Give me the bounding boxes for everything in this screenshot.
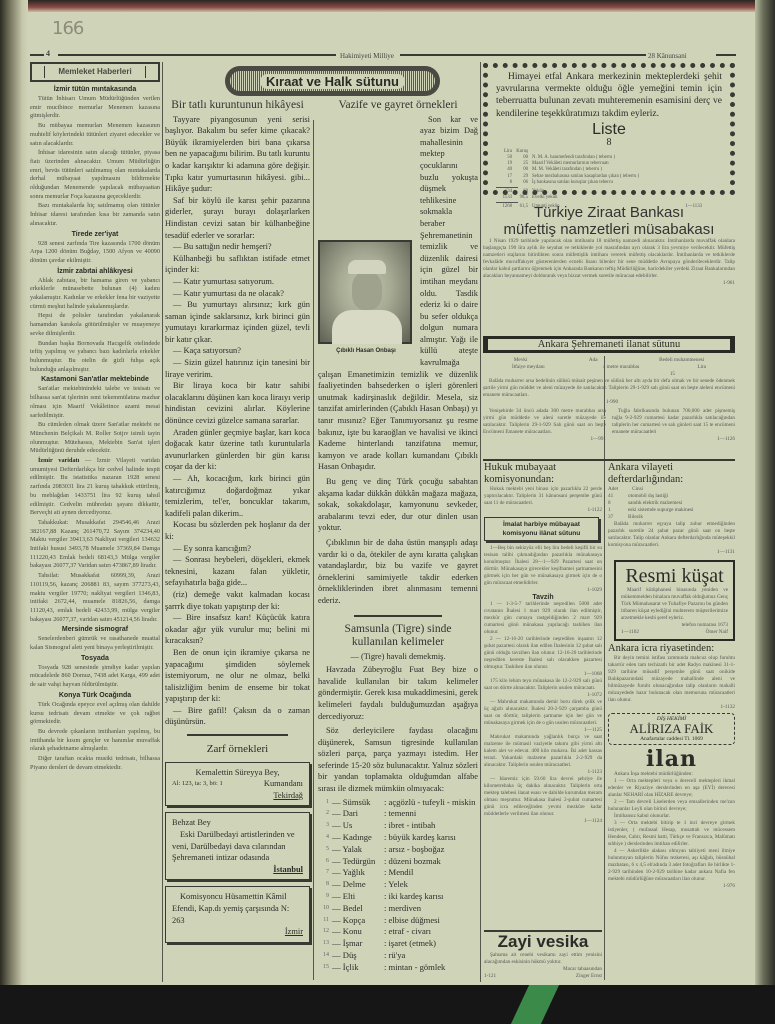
word-entry: 6— Tedürgün: düzeni bozmak — [318, 856, 478, 868]
defterdarlik-row: 41otomobil dış lastiği — [608, 493, 735, 500]
kiraat-banner: Kıraat ve Halk sütunu — [225, 66, 440, 96]
envelope-city: Tekirdağ — [273, 791, 303, 800]
column-rule — [480, 62, 481, 982]
ad-text: — Mahrukat makamında demir boru direk çe… — [484, 699, 602, 727]
word-meaning: : açgözlü - tufeyli - miskin — [384, 797, 478, 809]
envelope-city: İstanbul — [273, 865, 303, 874]
word-term: — Delme — [332, 879, 384, 891]
header-rule — [400, 54, 646, 56]
ad-ref: 1-1072 — [484, 692, 602, 699]
news-text: Bazı mıntakalarda hiç satılmamış olan tü… — [30, 202, 160, 228]
imalat-header: İmalat harbiye mübayaat komisyonu ilânat… — [484, 517, 599, 541]
word-term: — Tedürgün — [332, 856, 384, 868]
vazife-paragraph: Çıbıklının bir de daha üstün manşıplı ad… — [318, 537, 478, 607]
ad-ref: 1—1131 — [608, 549, 735, 556]
story-paragraph: (riz) demeğe vakıt kalmadan kocası şarrr… — [165, 589, 310, 612]
word-meaning: : merdiven — [384, 903, 478, 915]
story-paragraph: — Sizin güzel hatırınız için tanesini bi… — [165, 357, 310, 380]
story-paragraph: — Bu yumurtayı alırsınız; kırk gün saman… — [165, 299, 310, 345]
liste-title: Liste — [496, 122, 722, 138]
tavzih-title: Tavzih — [484, 594, 602, 601]
defterdarlik-row: 1eski sistemde supurge makinesi — [608, 507, 735, 514]
news-text: Bu devrede çıkanların imtihanları yapılm… — [30, 728, 160, 754]
word-number: 8 — [318, 879, 332, 891]
envelope-line: Kemalettin Süreyya Bey, — [172, 767, 303, 779]
word-term: — İşmar — [332, 938, 384, 950]
word-meaning: : etraf - civarı — [384, 926, 478, 938]
story-paragraph: Saf bir köylü ile karısı şehir pazarına … — [165, 195, 310, 241]
handwritten-page-number: 166 — [52, 18, 83, 39]
samsun-title: Samsunla (Tigre) sinde — [318, 623, 478, 636]
envelope-line: Behzat Bey — [172, 817, 303, 829]
resmi-title: Resmi küşat — [621, 565, 728, 587]
phone: telefon numarası 1673 — [621, 622, 728, 629]
word-entry: 3— Us: ibret - intibah — [318, 820, 478, 832]
col-header: Mevki — [514, 357, 528, 364]
ad-text: İmtihansız kabul olunurlar. — [608, 813, 735, 820]
word-list: 1— Sümsük: açgözlü - tufeyli - miskin2— … — [318, 797, 478, 974]
column-rule — [313, 120, 314, 980]
news-text: Senelerdenberi gümrük ve rasathanede mua… — [30, 635, 160, 652]
zayi-title: Zayi vesika — [484, 930, 602, 952]
story-paragraph: — Bire gafil! Çaksın da o zaman düşünürs… — [165, 705, 310, 728]
banner-title: Kıraat ve Halk sütunu — [260, 74, 405, 89]
word-term: — Kopça — [332, 915, 384, 927]
newspaper-page: 166 4 Hakimiyeti Milliye 28 Kânunsani Me… — [0, 0, 775, 1000]
vazife-paragraph: Bu genç ve dinç Türk çocuğu sabahtan akş… — [318, 476, 478, 534]
envelope-sample: Kemalettin Süreyya Bey, Al: 123, ta: 3, … — [165, 762, 310, 807]
col-header: Ada — [589, 357, 598, 364]
story-paragraph: — Sonrası heybeleri, döşekleri, ekmek te… — [165, 554, 310, 589]
news-text: Diğer taraftan ocakta musiki tedrisatı, … — [30, 755, 160, 772]
word-number: 7 — [318, 867, 332, 879]
word-meaning: : rü'ya — [384, 950, 478, 962]
ad-text: 1—Beş bin sekizyüz elli beş lira bedeli … — [484, 545, 602, 587]
memleket-haberleri-column: Memleket Haberleri İzmir tütün mıntakası… — [30, 62, 160, 774]
vazife-title: Vazife ve gayret örnekleri — [318, 100, 478, 112]
ad-text: Bir deyin temini istifası zımmında mahcu… — [608, 655, 735, 704]
envelope-line: Eski Darülbedayi artistlerinden ve veni,… — [172, 829, 303, 864]
quantity: 41 — [608, 493, 618, 500]
column-rule — [162, 62, 163, 982]
resmi-kusat-ad: Resmi küşat Maarif kütüphanesi binasında… — [614, 560, 735, 641]
word-entry: 12— Konu: etraf - civarı — [318, 926, 478, 938]
word-term: — Dari — [332, 808, 384, 820]
scanner-background — [0, 985, 775, 1024]
section-rule — [483, 459, 735, 461]
ad-text: Şahsıma ait cenebi vesikamı zayi ettim y… — [484, 952, 602, 966]
defterdarlik-title: Ankara vilayeti defterdarlığından: — [608, 462, 735, 486]
word-entry: 9— Elti: iki kardeş karısı — [318, 891, 478, 903]
left-ads-column: Hukuk mubayaat komisyonundan: Hukuk mekt… — [484, 462, 602, 825]
word-entry: 4— Kadınge: büyük kardeş karısı — [318, 832, 478, 844]
envelope-line: Kumandanı — [264, 778, 303, 790]
ad-ref: 1-976 — [608, 883, 735, 890]
adjacent-page-edge — [755, 0, 775, 1000]
news-text: Tosyada 928 senesinde şimdiye kadar yapı… — [30, 664, 160, 690]
word-meaning: : ibret - intibah — [384, 820, 478, 832]
word-entry: 13— İşmar: işaret (etmek) — [318, 938, 478, 950]
quantity: 37 — [608, 514, 618, 521]
header-rule — [716, 54, 736, 56]
word-meaning: : arsız - boşboğaz — [384, 844, 478, 856]
samsun-paragraph: Söz derleyicilere faydası olacağını düşü… — [318, 725, 478, 795]
divider — [354, 615, 442, 617]
himaye-etfal-box: Himayei etfal Ankara merkezinin mekteple… — [483, 63, 735, 195]
cell: 15 — [483, 371, 735, 378]
word-meaning: : elbise düğmesi — [384, 915, 478, 927]
masthead: Hakimiyeti Milliye — [340, 52, 394, 60]
news-headline: Kastamoni San'atlar mektebinde — [30, 375, 160, 384]
icra-title: Ankara icra riyasetinden: — [608, 643, 735, 655]
header-rule — [58, 54, 336, 56]
donation-table: LiraKuruş 5000N. M. A. hanımefendi taraf… — [496, 149, 722, 211]
news-text: Tahakkukat: Musakkafat 294546,46 Arazi 3… — [30, 519, 160, 571]
word-number: 11 — [318, 915, 332, 927]
word-term: — Us — [332, 820, 384, 832]
word-entry: 7— Yağlık: Mendil — [318, 867, 478, 879]
news-headline-inline: İzmir varidatı — [38, 457, 79, 464]
news-headline: Mersinde sismograf — [30, 625, 160, 634]
word-term: — Elti — [332, 891, 384, 903]
ad-ref — [702, 195, 722, 201]
word-number: 15 — [318, 962, 332, 974]
ad-text: — Idaremiz için 59.60 lira devrei şehriy… — [484, 776, 602, 818]
photo-caption: Çıbıklı Hasan Onbaşı — [318, 346, 414, 358]
ad-ref: 1—991 — [483, 436, 606, 443]
ad-text: 1 — 1-3-5-7 tarihlerinde neşredilen 5000… — [484, 601, 602, 636]
section-header: Memleket Haberleri — [30, 62, 160, 82]
ad-ref: 1-1123 — [484, 769, 602, 776]
word-term: — İçlik — [332, 962, 384, 974]
ad-text: Ankara İnşa mektebi müdürlüğünden: — [608, 771, 735, 778]
word-number: 10 — [318, 903, 332, 915]
news-text: Tahsilat: Musakkafat 60999,39, Arazi 110… — [30, 572, 160, 624]
envelope-sample: Behzat Bey Eski Darülbedayi artistlerind… — [165, 812, 310, 880]
news-text: 928 senesi zarfında Tire kazasında 1700 … — [30, 240, 160, 266]
donor: İş bankasına satılan kuruşlar çıkan tebe… — [532, 180, 702, 186]
donation-row: 806İş bankasına satılan kuruşlar çıkan t… — [496, 180, 722, 186]
photo: Çıbıklı Hasan Onbaşı — [318, 240, 414, 358]
dentist-ad: DİŞ HEKİMİ ALİRIZA FAİK Anafartalar cadd… — [608, 713, 735, 745]
sehremaneti-header: Ankara Şehremaneti ilanat sütunu — [483, 336, 735, 353]
ad-ref: 1-1132 — [608, 704, 735, 711]
samsun-subtitle: — (Tigre) havali demekmiş. — [318, 651, 478, 663]
ziraat-title: Türkiye Ziraat Bankası — [483, 204, 735, 221]
cell: Lira — [697, 364, 706, 371]
word-entry: 10— Bedel: merdiven — [318, 903, 478, 915]
word-number: 4 — [318, 832, 332, 844]
word-number: 5 — [318, 844, 332, 856]
vazife-column: Vazife ve gayret örnekleri Çıbıklı Hasan… — [318, 100, 478, 974]
news-headline: İzmir zabıtai ahlâkıyesi — [30, 267, 160, 276]
defterdarlik-table: 41otomobil dış lastiği8sandık elektrik m… — [608, 493, 735, 521]
ad-ref: 1-990 — [483, 399, 735, 406]
signer: Zinger Ernst — [576, 973, 602, 980]
himaye-intro: Himayei etfal Ankara merkezinin mekteple… — [496, 71, 722, 120]
portrait-photo — [318, 240, 412, 344]
ad-ref: 1-961 — [483, 280, 735, 287]
word-number: 6 — [318, 856, 332, 868]
word-meaning: : Yelek — [384, 879, 478, 891]
ad-text: 3 — Orta mektebi bitirip te 1 inci devre… — [608, 820, 735, 848]
story-paragraph: Tayyare piyangosunun yeni serisi başlıyo… — [165, 114, 310, 195]
word-term: — Kadınge — [332, 832, 384, 844]
word-entry: 11— Kopça: elbise düğmesi — [318, 915, 478, 927]
page-binding — [0, 0, 28, 1000]
news-headline: İzmir tütün mıntakasında — [30, 85, 160, 94]
sehremaneti-section: Mevki Ada Bedeli muhammenesi İtfaiye mey… — [483, 357, 735, 443]
ad-text: 1 — Orta mektepleri veya o dereceli mekt… — [608, 778, 735, 799]
ad-text: Balâda muharrer arsa bedelinin sülüsü mü… — [483, 378, 735, 399]
lira: 8 — [496, 180, 512, 186]
ad-ref — [702, 180, 722, 186]
hukuk-title: Hukuk mubayaat komisyonundan: — [484, 462, 602, 486]
item: sandık elektrik malzemesi — [628, 500, 682, 507]
story-paragraph: Külhanbeği bu saflıktan istifade etmet i… — [165, 253, 310, 276]
ad-text: 4 — Askerlikle alakası olmıyan tabiiyeti… — [608, 848, 735, 883]
word-number: 9 — [318, 891, 332, 903]
quantity: 1 — [608, 507, 618, 514]
ad-text: 2 — 12-16-20 tarihlerinde neşredilen inş… — [484, 636, 602, 671]
samsun-title: kullanılan kelimeler — [318, 636, 478, 649]
ad-text: Hukuk mektebi yeni binası için pazarlıkl… — [484, 486, 602, 507]
date: 28 Kânunsani — [648, 52, 687, 60]
ad-text: Mahrukat makamında yağlanlık burça ve sa… — [484, 734, 602, 769]
envelope-line: Al: 123, ta: 3, bö: 1 — [172, 778, 223, 790]
word-number: 1 — [318, 797, 332, 809]
story-title: Bir tatlı kuruntunun hikâyesi — [165, 100, 310, 112]
word-entry: 8— Delme: Yelek — [318, 879, 478, 891]
news-text: Bundan başka Bornovada Hacıgelik otelind… — [30, 340, 160, 375]
news-text: Tütün İnhisarı Umum Müdürlüğünden verile… — [30, 95, 160, 121]
news-text: Bu cümleden olmak üzere San'atlar mekteb… — [30, 421, 160, 456]
ziraat-bank-ad: Türkiye Ziraat Bankası müfettiş namzetle… — [483, 204, 735, 287]
ilan-title: ilan — [608, 747, 735, 771]
signer: Ömer Naif — [706, 629, 728, 636]
word-number: 14 — [318, 950, 332, 962]
story-paragraph: — Ey sonra karıcığım? — [165, 543, 310, 555]
page-top-edge — [0, 0, 775, 12]
header-rule — [30, 54, 44, 56]
word-term: — Yalak — [332, 844, 384, 856]
story-paragraph: Kocası bu sözlerden pek hoşlanır da der … — [165, 519, 310, 542]
word-meaning: : Mendil — [384, 867, 478, 879]
cell: İtfaiye meydanı — [512, 364, 545, 371]
word-meaning: : temenni — [384, 808, 478, 820]
quantity: 8 — [608, 500, 618, 507]
word-term: — Konu — [332, 926, 384, 938]
donation-row: 113398,5Evelki yekûn — [496, 195, 722, 201]
right-ads-column: Ankara vilayeti defterdarlığından: AdetC… — [608, 462, 735, 890]
dentist-name: ALİRIZA FAİK — [611, 722, 732, 736]
donor: Evelki yekûn — [532, 195, 702, 201]
news-text: İnhisar idaresinin satın alacağı tütünle… — [30, 149, 160, 201]
story-paragraph: — Bire insafsız karı! Küçücük katıra oka… — [165, 612, 310, 647]
divider — [187, 734, 289, 736]
envelope-sample: Komisyoncu Hüsamettin Kâmil Efendi, Kap.… — [165, 886, 310, 942]
col-header: Adet — [608, 486, 618, 493]
cell: 4 metre murabbaı — [603, 364, 640, 371]
item: eski sistemde supurge makinesi — [628, 507, 693, 514]
news-headline: Tosyada — [30, 654, 160, 663]
defterdarlik-row: 8sandık elektrik malzemesi — [608, 500, 735, 507]
ad-text: Tuğla fabrikasında bulunan 700,000 adet … — [612, 408, 735, 436]
zarf-title: Zarf örnekleri — [165, 744, 310, 756]
word-number: 2 — [318, 808, 332, 820]
kurus: 06 — [512, 180, 528, 186]
story-paragraph: — Bu sattığın nedir hemşeri? — [165, 241, 310, 253]
envelope-line: Komisyoncu Hüsamettin Kâmil Efendi, Kap.… — [172, 891, 303, 926]
samsun-paragraph: Havzada Zübeyroğlu Fuat Bey bize o haval… — [318, 664, 478, 722]
story-paragraph: Ben de onun için ikramiye çıkarsa ne yap… — [165, 647, 310, 705]
story-column: Bir tatlı kuruntunun hikâyesi Tayyare pi… — [165, 100, 310, 949]
news-headline: Konya Türk Ocağında — [30, 691, 160, 700]
word-entry: 2— Dari: temenni — [318, 808, 478, 820]
story-paragraph: Araden günler geçmiye başlar, karı koca … — [165, 427, 310, 473]
kurus: 98,5 — [512, 195, 528, 201]
lira: 1133 — [496, 195, 512, 201]
word-meaning: : mintan - gömlek — [384, 962, 478, 974]
column-rule — [604, 420, 605, 980]
news-text: Ahlak zabıtası, bir hamama giren ve yaba… — [30, 277, 160, 312]
news-text: Bu mübayaa memurları Menemen kazasının m… — [30, 122, 160, 148]
ad-text: Maarif kütüphanesi binasında yeniden ve … — [621, 587, 728, 622]
ad-text: Balâda muharrer eşyaya talip zuhur etmed… — [608, 521, 735, 549]
ad-ref: 1—1126 — [612, 436, 735, 443]
ad-ref: 1-1122 — [484, 507, 602, 514]
item: Bilezik — [628, 514, 643, 521]
news-text: Türk Ocağında epeyce evel açılmış olan d… — [30, 701, 160, 727]
news-text: Hepsi de polisler tarafından yakalanarak… — [30, 312, 160, 338]
news-headline: Tirede zer'iyat — [30, 230, 160, 239]
word-entry: 5— Yalak: arsız - boşboğaz — [318, 844, 478, 856]
ad-text: 175 kilo lehim teyu münakasa ile 12-2-92… — [484, 678, 602, 692]
ad-text: 2 — Tam devreli Liselerden veya emsaller… — [608, 799, 735, 813]
word-meaning: : düzeni bozmak — [384, 856, 478, 868]
word-meaning: : büyük kardeş karısı — [384, 832, 478, 844]
signer: Macar tabaasından — [484, 966, 602, 973]
story-paragraph: Bir liraya koca bir katır sahibi olacakl… — [165, 380, 310, 426]
story-paragraph: — Katır yumurtası satıyorum. — [165, 276, 310, 288]
story-paragraph: — Kaça satıyorsun? — [165, 345, 310, 357]
item: otomobil dış lastiği — [628, 493, 668, 500]
news-text: — İzmir Vilayeti varidatı umumiyesi Deft… — [30, 457, 160, 516]
dentist-address: Anafartalar caddesi Tl. 1069 — [611, 736, 732, 742]
page-number: 4 — [46, 49, 50, 58]
ziraat-text: 1 Nisan 1929 tarihinde yapılacak olan im… — [483, 238, 735, 280]
word-number: 12 — [318, 926, 332, 938]
ziraat-subtitle: müfettiş namzetleri müsabakası — [483, 221, 735, 238]
story-paragraph: — Katır yumurtası da ne olacak? — [165, 288, 310, 300]
col-header: Bedeli muhammenesi — [659, 357, 704, 364]
word-meaning: : işaret (etmek) — [384, 938, 478, 950]
word-number: 13 — [318, 938, 332, 950]
envelope-city: İzmir — [285, 927, 303, 936]
word-term: — Sümsük — [332, 797, 384, 809]
word-meaning: : iki kardeş karısı — [384, 891, 478, 903]
ad-text: Yenişehirde 34 üncü adada 300 metre mura… — [483, 408, 606, 436]
word-entry: 15— İçlik: mintan - gömlek — [318, 962, 478, 974]
ad-ref: 1—1102 — [621, 629, 639, 636]
ad-ref: 1—1125 — [484, 727, 602, 734]
word-number: 3 — [318, 820, 332, 832]
word-term: — Düş — [332, 950, 384, 962]
news-text: San'atlar mektebinindeki talebe ve tesis… — [30, 385, 160, 420]
story-paragraph: — Ah, kocacığım, kırk birinci gün katırc… — [165, 473, 310, 519]
word-entry: 14— Düş: rü'ya — [318, 950, 478, 962]
word-entry: 1— Sümsük: açgözlü - tufeyli - miskin — [318, 797, 478, 809]
defterdarlik-row: 37Bilezik — [608, 514, 735, 521]
word-term: — Bedel — [332, 903, 384, 915]
ad-ref: 1-1029 — [484, 587, 602, 594]
zayi-vesika-ad: Zayi vesika Şahsıma ait cenebi vesikamı … — [484, 930, 602, 980]
ad-ref: 1—1068 — [484, 671, 602, 678]
ad-ref: 1-121 — [484, 973, 496, 980]
liste-number: 8 — [496, 138, 722, 148]
ad-ref: 1—1124 — [484, 818, 602, 825]
word-term: — Yağlık — [332, 867, 384, 879]
col-header: Cinsi — [632, 486, 643, 493]
